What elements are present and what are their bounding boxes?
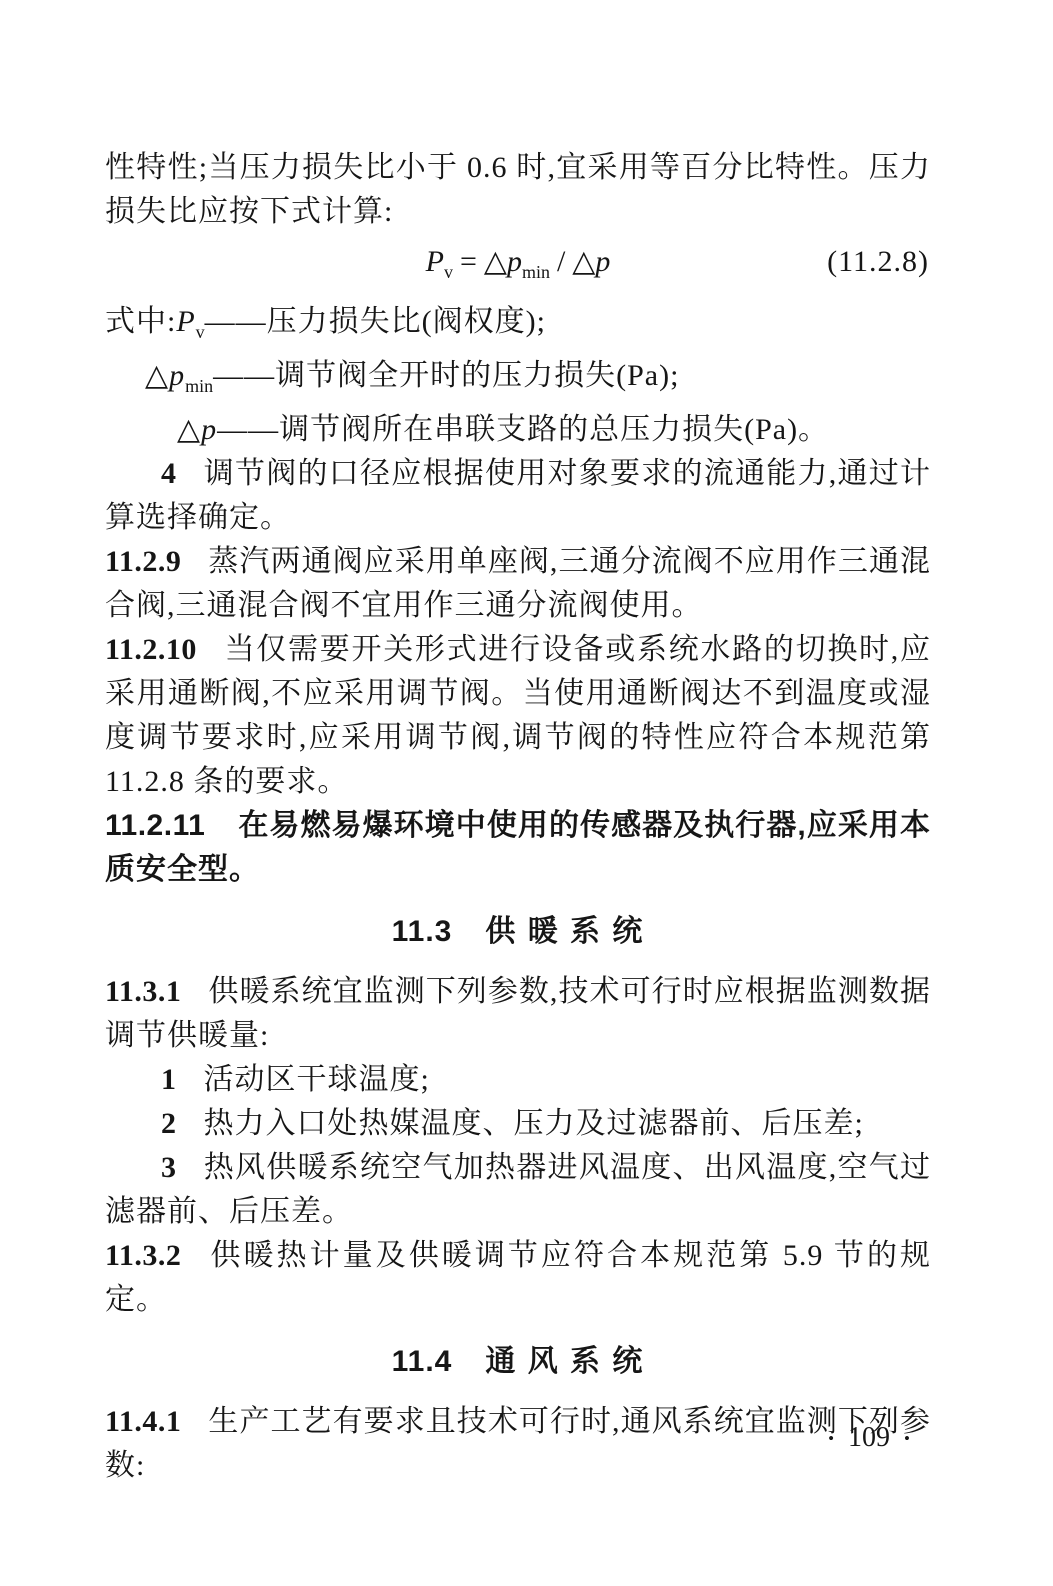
heading-11-3-number: 11.3 <box>392 915 453 948</box>
clause-11-4-1-text: 生产工艺有要求且技术可行时,通风系统宜监测下列参数: <box>105 1405 931 1482</box>
definition-delta-p-min: △pmin——调节阀全开时的压力损失(Pa); <box>105 354 931 408</box>
formula-p-1: p <box>507 245 522 278</box>
def-p-dash: —— <box>217 413 279 446</box>
formula-sub-min: min <box>522 262 550 282</box>
item-2-text: 热力入口处热媒温度、压力及过滤器前、后压差; <box>204 1107 864 1140</box>
def-pmin-delta: △ <box>145 359 169 392</box>
item-3-number: 3 <box>161 1151 177 1184</box>
section-heading-11-3: 11.3供 暖 系 统 <box>105 910 931 954</box>
clause-11-4-1-number: 11.4.1 <box>105 1405 181 1438</box>
list-item-2: 2热力入口处热媒温度、压力及过滤器前、后压差; <box>105 1102 931 1146</box>
clause-11-3-2-number: 11.3.2 <box>105 1239 181 1272</box>
where-dash: —— <box>205 305 267 338</box>
clause-11-3-1: 11.3.1供暖系统宜监测下列参数,技术可行时应根据监测数据调节供暖量: <box>105 970 931 1058</box>
clause-11-3-2: 11.3.2供暖热计量及供暖调节应符合本规范第 5.9 节的规定。 <box>105 1234 931 1322</box>
where-prefix: 式中:Pv <box>105 305 205 338</box>
formula-delta-1: △ <box>484 245 507 278</box>
document-page: 性特性;当压力损失比小于 0.6 时,宜采用等百分比特性。压力损失比应按下式计算… <box>0 0 1053 1586</box>
item-2-number: 2 <box>161 1107 177 1140</box>
clause-11-2-9-number: 11.2.9 <box>105 545 181 578</box>
heading-11-4-title: 通 风 系 统 <box>485 1345 644 1378</box>
item-1-number: 1 <box>161 1063 177 1096</box>
list-item-4: 4调节阀的口径应根据使用对象要求的流通能力,通过计算选择确定。 <box>105 452 931 540</box>
intro-paragraph: 性特性;当压力损失比小于 0.6 时,宜采用等百分比特性。压力损失比应按下式计算… <box>105 146 931 234</box>
equation-number: (11.2.8) <box>827 240 929 284</box>
clause-11-2-10: 11.2.10当仅需要开关形式进行设备或系统水路的切换时,应采用通断阀,不应采用… <box>105 628 931 804</box>
def-pmin-p: p <box>169 359 185 392</box>
def-p-text: 调节阀所在串联支路的总压力损失(Pa)。 <box>279 413 829 446</box>
formula-var-p: P <box>426 245 444 278</box>
list-item-3: 3热风供暖系统空气加热器进风温度、出风温度,空气过滤器前、后压差。 <box>105 1146 931 1234</box>
heading-11-3-title: 供 暖 系 统 <box>485 915 644 948</box>
formula-delta-2: △ <box>572 245 595 278</box>
section-heading-11-4: 11.4通 风 系 统 <box>105 1340 931 1384</box>
clause-11-2-11-text: 在易燃易爆环境中使用的传感器及执行器,应采用本质安全型。 <box>105 809 931 886</box>
page-footer: • 109 • <box>828 1422 910 1454</box>
where-clause: 式中:Pv——压力损失比(阀权度); <box>105 300 931 354</box>
def-p-p: p <box>201 413 217 446</box>
formula-equals: = <box>460 245 477 278</box>
footer-bullet-left: • <box>828 1430 834 1447</box>
def-pmin-symbol: △pmin <box>145 359 213 392</box>
formula-slash: / <box>557 245 565 278</box>
clause-11-2-11: 11.2.11在易燃易爆环境中使用的传感器及执行器,应采用本质安全型。 <box>105 804 931 892</box>
where-prefix-text: 式中: <box>105 305 176 338</box>
where-var-p: P <box>176 305 195 338</box>
item-3-text: 热风供暖系统空气加热器进风温度、出风温度,空气过滤器前、后压差。 <box>105 1151 931 1228</box>
equation-row-11-2-8: Pv=△pmin/△p (11.2.8) <box>105 240 931 294</box>
item-4-text: 调节阀的口径应根据使用对象要求的流通能力,通过计算选择确定。 <box>105 457 931 534</box>
clause-11-2-11-number: 11.2.11 <box>105 809 205 842</box>
clause-11-2-9-text: 蒸汽两通阀应采用单座阀,三通分流阀不应用作三通混合阀,三通混合阀不宜用作三通分流… <box>105 545 931 622</box>
def-p-symbol: △p <box>177 413 217 446</box>
clause-11-3-1-text: 供暖系统宜监测下列参数,技术可行时应根据监测数据调节供暖量: <box>105 975 931 1052</box>
page-content: 性特性;当压力损失比小于 0.6 时,宜采用等百分比特性。压力损失比应按下式计算… <box>105 146 931 1488</box>
intro-text: 性特性;当压力损失比小于 0.6 时,宜采用等百分比特性。压力损失比应按下式计算… <box>105 151 931 228</box>
def-pmin-text: 调节阀全开时的压力损失(Pa); <box>275 359 679 392</box>
formula-p-2: p <box>595 245 610 278</box>
footer-bullet-right: • <box>904 1430 910 1447</box>
equation: Pv=△pmin/△p <box>426 245 611 278</box>
clause-11-2-9: 11.2.9蒸汽两通阀应采用单座阀,三通分流阀不应用作三通混合阀,三通混合阀不宜… <box>105 540 931 628</box>
clause-11-3-1-number: 11.3.1 <box>105 975 181 1008</box>
clause-11-2-10-text: 当仅需要开关形式进行设备或系统水路的切换时,应采用通断阀,不应采用调节阀。当使用… <box>105 633 931 798</box>
item-4-number: 4 <box>161 457 177 490</box>
clause-11-4-1: 11.4.1生产工艺有要求且技术可行时,通风系统宜监测下列参数: <box>105 1400 931 1488</box>
clause-11-3-2-text: 供暖热计量及供暖调节应符合本规范第 5.9 节的规定。 <box>105 1239 931 1316</box>
formula-sub-v: v <box>444 262 453 282</box>
item-1-text: 活动区干球温度; <box>204 1063 430 1096</box>
list-item-1: 1活动区干球温度; <box>105 1058 931 1102</box>
where-text: 压力损失比(阀权度); <box>267 305 546 338</box>
page-number: 109 <box>848 1422 890 1454</box>
def-pmin-dash: —— <box>213 359 275 392</box>
definition-delta-p: △p——调节阀所在串联支路的总压力损失(Pa)。 <box>105 408 931 452</box>
clause-11-2-10-number: 11.2.10 <box>105 633 197 666</box>
heading-11-4-number: 11.4 <box>392 1345 453 1378</box>
where-sub-v: v <box>196 322 205 342</box>
def-pmin-sub: min <box>185 376 213 396</box>
def-p-delta: △ <box>177 413 201 446</box>
